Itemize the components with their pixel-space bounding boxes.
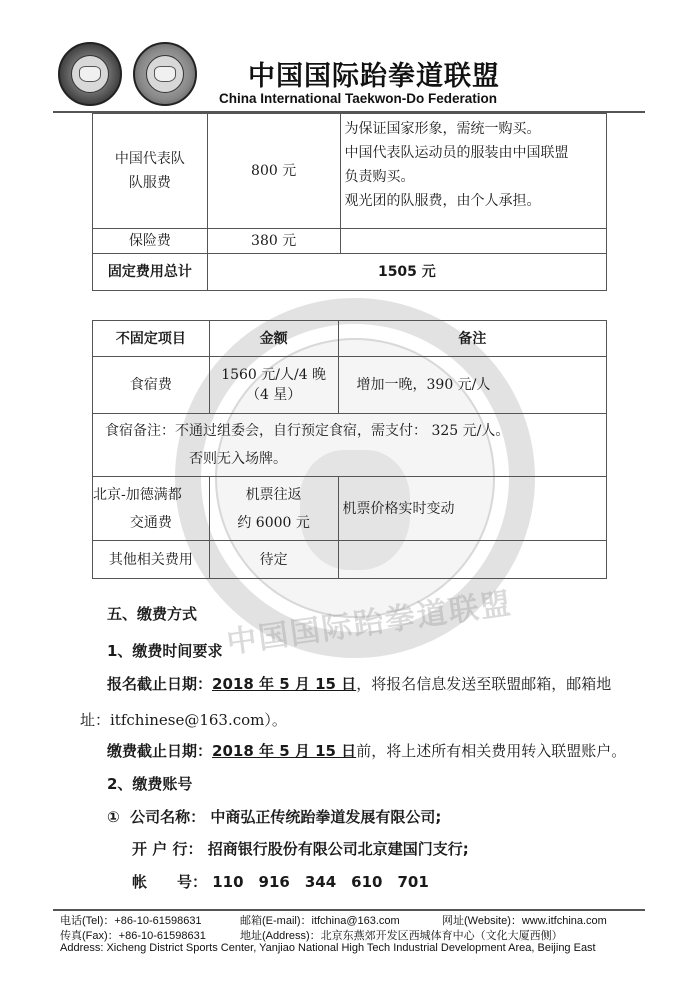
china-itf-logo [133,42,197,106]
lodging-note-row: 食宿备注：不通过组委会，自行预定食宿，需支付： 325 元/人。 否则无入场牌。 [93,414,607,477]
footer-fax: 传真(Fax)：+86-10-61598631 [60,927,206,943]
watermark-text: 中国国际跆拳道联盟 [223,578,514,662]
column-header: 备注 [338,321,606,357]
footer-address-cn: 地址(Address)：北京东燕郊开发区西城体育中心（文化大厦西侧） [240,927,563,943]
footer-email: 邮箱(E-mail)：itfchina@163.com [240,912,400,928]
amount-cell: 1560 元/人/4 晚 （4 星） [209,357,338,414]
column-header: 金额 [209,321,338,357]
table-row: 其他相关费用 待定 [93,541,607,579]
footer-tel: 电话(Tel)：+86-10-61598631 [60,912,202,928]
total-label: 固定费用总计 [93,254,208,291]
registration-email: 址：itfchinese@163.com）。 [80,709,287,730]
item-cell: 北京-加德满都 交通费 [93,477,210,541]
notes-cell: 为保证国家形象，需统一购买。 中国代表队运动员的服装由中国联盟 负责购买。 观光… [340,114,606,229]
notes-cell [340,229,606,254]
note-cell: 增加一晚，390 元/人 [338,357,606,414]
total-value: 1505 元 [207,254,606,291]
section-heading: 五、缴费方式 [107,603,197,624]
registration-date: 2018 年 5 月 15 日 [212,675,356,693]
circled-one-icon: ① [107,808,120,826]
account-number: 帐 号： 110 916 344 610 701 [132,871,429,892]
item-cell: 保险费 [93,229,208,254]
footer-website: 网址(Website)：www.itfchina.com [442,912,607,928]
itf-international-logo [58,42,122,106]
payment-deadline: 缴费截止日期：2018 年 5 月 15 日前，将上述所有相关费用转入联盟账户。 [107,740,626,761]
note-cell [338,541,606,579]
registration-deadline: 报名截止日期：2018 年 5 月 15 日，将报名信息发送至联盟邮箱，邮箱地 [107,673,611,694]
item-cell: 中国代表队 队服费 [93,114,208,229]
table-row: 食宿费 1560 元/人/4 晚 （4 星） 增加一晚，390 元/人 [93,357,607,414]
lodging-note: 食宿备注：不通过组委会，自行预定食宿，需支付： 325 元/人。 否则无入场牌。 [93,414,607,477]
column-header: 不固定项目 [93,321,210,357]
subsection-heading: 1、缴费时间要求 [107,640,222,661]
footer-address-en: Address: Xicheng District Sports Center,… [60,942,596,954]
fixed-cost-table: 中国代表队 队服费 800 元 为保证国家形象，需统一购买。 中国代表队运动员的… [92,113,607,291]
table-row: 中国代表队 队服费 800 元 为保证国家形象，需统一购买。 中国代表队运动员的… [93,114,607,229]
table-row: 北京-加德满都 交通费 机票往返 约 6000 元 机票价格实时变动 [93,477,607,541]
company-name: ① 公司名称： 中商弘正传统跆拳道发展有限公司; [107,806,441,827]
page-subtitle: China International Taekwon-Do Federatio… [219,91,497,106]
page-title: 中国国际跆拳道联盟 [248,54,500,93]
item-cell: 食宿费 [93,357,210,414]
table-header-row: 不固定项目 金额 备注 [93,321,607,357]
amount-cell: 800 元 [207,114,340,229]
payment-date: 2018 年 5 月 15 日 [212,742,356,760]
footer-divider [53,909,645,911]
subsection-heading: 2、缴费账号 [107,773,192,794]
item-cell: 其他相关费用 [93,541,210,579]
bank-name: 开 户 行： 招商银行股份有限公司北京建国门支行; [132,838,469,859]
amount-cell: 待定 [209,541,338,579]
total-row: 固定费用总计 1505 元 [93,254,607,291]
amount-cell: 380 元 [207,229,340,254]
variable-cost-table: 不固定项目 金额 备注 食宿费 1560 元/人/4 晚 （4 星） 增加一晚，… [92,320,607,579]
note-cell: 机票价格实时变动 [338,477,606,541]
table-row: 保险费 380 元 [93,229,607,254]
amount-cell: 机票往返 约 6000 元 [209,477,338,541]
